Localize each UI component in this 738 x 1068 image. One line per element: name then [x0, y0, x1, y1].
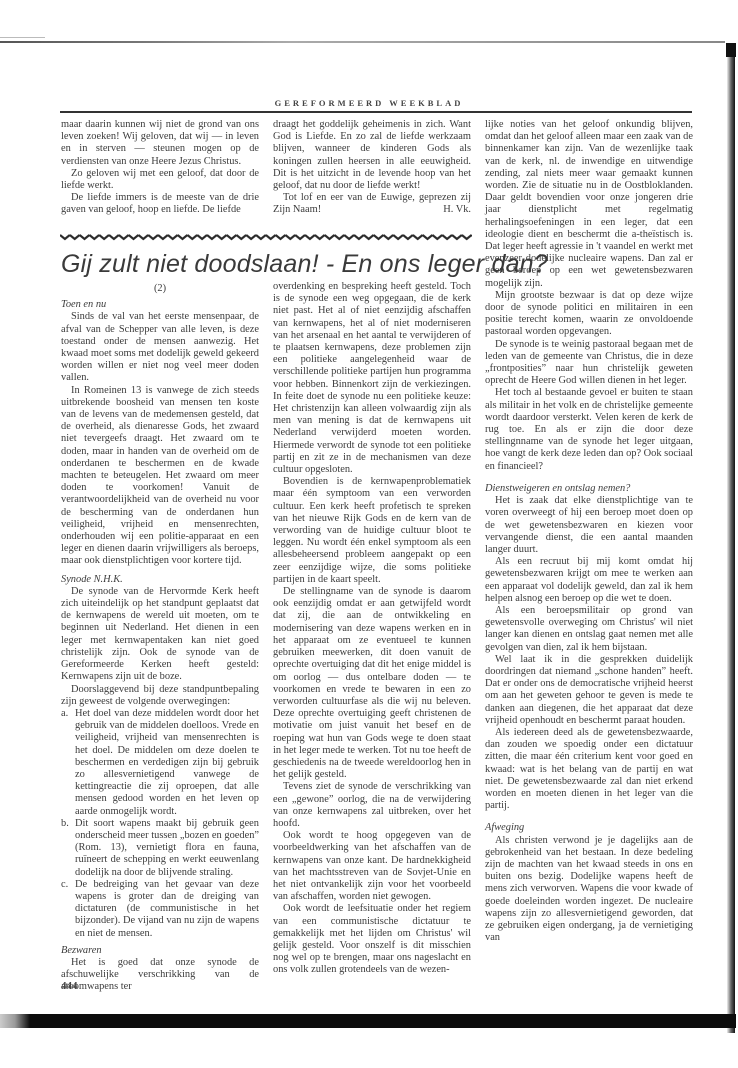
section-heading-dienstweigeren: Dienstweigeren en ontslag nemen?	[485, 483, 693, 495]
section-heading-toen-en-nu: Toen en nu	[61, 299, 259, 311]
running-head: GEREFORMEERD WEEKBLAD	[0, 98, 738, 108]
list-item: b.Dit soort wapens maakt bij gebruik gee…	[61, 818, 259, 879]
paragraph: Het toch al bestaande gevoel er buiten t…	[485, 387, 693, 472]
paragraph: Het is zaak dat elke dienstplichtige van…	[485, 495, 693, 556]
article-title: Gij zult niet doodslaan! - En ons leger …	[61, 250, 481, 279]
list-marker: c.	[61, 879, 68, 891]
page-right-edge-shadow	[727, 43, 735, 1033]
section-heading-bezwaren: Bezwaren	[61, 945, 259, 957]
paragraph: Zo geloven wij met een geloof, dat door …	[61, 168, 259, 192]
author-signature: H. Vk.	[433, 204, 471, 216]
page-bottom-edge-shadow	[0, 1014, 736, 1028]
paragraph: Sinds de val van het eerste mensenpaar, …	[61, 311, 259, 384]
paragraph: Doorslaggevend bij deze standpuntbepalin…	[61, 684, 259, 708]
list-item: a.Het doel van deze middelen wordt door …	[61, 708, 259, 818]
considerations-list: a.Het doel van deze middelen wordt door …	[61, 708, 259, 940]
paragraph: De synode van de Hervormde Kerk heeft zi…	[61, 586, 259, 684]
paragraph: Wel laat ik in die gesprekken duidelijk …	[485, 654, 693, 727]
paragraph: draagt het goddelijk geheimenis in zich.…	[273, 119, 471, 192]
list-item-text: Het doel van deze middelen wordt door he…	[75, 708, 259, 817]
paragraph: Ook wordt te hoog opgegeven van de voorb…	[273, 830, 471, 903]
paragraph: Tevens ziet de synode de verschrikking v…	[273, 781, 471, 830]
page-bottom-edge-highlight	[0, 1014, 30, 1028]
list-item: c.De bedreiging van het gevaar van deze …	[61, 879, 259, 940]
paragraph: maar daarin kunnen wij niet de grond van…	[61, 119, 259, 168]
article-part-number: (2)	[61, 283, 259, 295]
list-marker: a.	[61, 708, 68, 720]
list-item-text: De bedreiging van het gevaar van deze wa…	[75, 879, 259, 939]
paragraph: Het is goed dat onze synode de afschuwel…	[61, 957, 259, 994]
page-number: 444	[61, 980, 78, 992]
page-top-edge	[0, 41, 725, 43]
closing-paragraph: Tot lof en eer van de Euwige, geprezen z…	[273, 192, 471, 216]
paragraph: overdenking en bespreking heeft gesteld.…	[273, 281, 471, 476]
paragraph: De synode is te weinig pastoraal begaan …	[485, 339, 693, 388]
paragraph: Als christen verwond je je dagelijks aan…	[485, 835, 693, 945]
scan-edge-mark	[0, 37, 45, 38]
section-heading-afweging: Afweging	[485, 822, 693, 834]
paragraph: Ook wordt de leefsituatie onder het regi…	[273, 903, 471, 976]
previous-article-column-2: draagt het goddelijk geheimenis in zich.…	[273, 119, 471, 217]
paragraph: Als iedereen deed als de gewetensbezwaar…	[485, 727, 693, 812]
paragraph: De stellingname van de synode is daarom …	[273, 586, 471, 781]
section-heading-synode: Synode N.H.K.	[61, 574, 259, 586]
list-marker: b.	[61, 818, 69, 830]
article-column-3: lijke noties van het geloof onkundig bli…	[485, 119, 693, 944]
list-item-text: Dit soort wapens maakt bij gebruik geen …	[75, 818, 259, 878]
article-column-2: overdenking en bespreking heeft gesteld.…	[273, 281, 471, 977]
zigzag-divider	[60, 233, 472, 241]
paragraph: lijke noties van het geloof onkundig bli…	[485, 119, 693, 290]
paragraph: Als een recruut bij mij komt omdat hij g…	[485, 556, 693, 605]
paragraph: Als een beroepsmilitair op grond van gew…	[485, 605, 693, 654]
paragraph: Mijn grootste bezwaar is dat op deze wij…	[485, 290, 693, 339]
page-right-edge-corner	[726, 43, 736, 57]
paragraph: De liefde immers is de meeste van de dri…	[61, 192, 259, 216]
paragraph: Bovendien is de kernwapenproblematiek ma…	[273, 476, 471, 586]
header-rule	[60, 111, 692, 113]
paragraph: In Romeinen 13 is vanwege de zich steeds…	[61, 385, 259, 568]
article-column-1: (2) Toen en nu Sinds de val van het eers…	[61, 281, 259, 994]
previous-article-column-1: maar daarin kunnen wij niet de grond van…	[61, 119, 259, 217]
